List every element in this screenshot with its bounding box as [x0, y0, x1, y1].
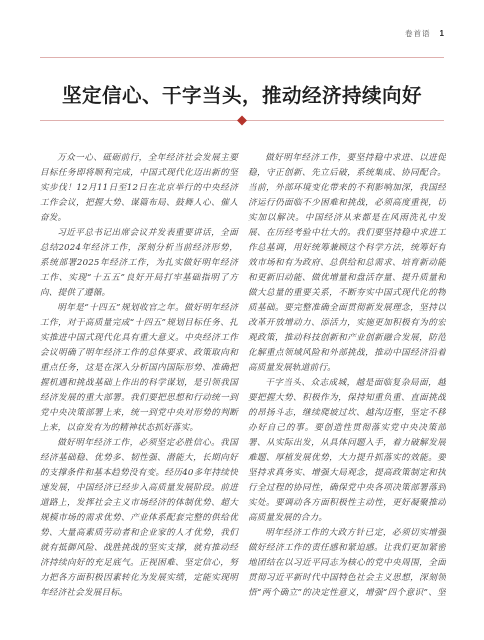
paragraph: 干字当头、众志成城，越是面临复杂局面，越要把握大势、积极作为，保持知重负重、直面… — [248, 376, 446, 526]
running-header: 卷首语 1 — [405, 28, 444, 39]
paragraph: 做好明年经济工作，必须坚定必胜信心。我国经济基础稳、优势多、韧性强、潜能大，长期… — [40, 436, 238, 601]
article-title: 坚定信心、干字当头，推动经济持续向好 — [30, 80, 454, 108]
section-label: 卷首语 — [405, 28, 431, 39]
paragraph: 做好明年经济工作，要坚持稳中求进、以进促稳，守正创新、先立后破，系统集成、协同配… — [248, 151, 446, 376]
magazine-page: 卷首语 1 坚定信心、干字当头，推动经济持续向好 万众一心、砥砺前行，全年经济社… — [0, 0, 484, 640]
paragraph: 明年是“十四五”规划收官之年。做好明年经济工作，对于高质量完成“十四五”规划目标… — [40, 301, 238, 436]
paragraph: 万众一心、砥砺前行，全年经济社会发展主要目标任务即将顺利完成，中国式现代化迈出新… — [40, 151, 238, 226]
top-rule-divider — [40, 57, 444, 58]
paragraph: 习近平总书记出席会议并发表重要讲话，全面总结2024年经济工作，深刻分析当前经济… — [40, 226, 238, 301]
title-rule-divider — [40, 120, 444, 121]
diamond-ornament-icon — [237, 115, 247, 125]
page-number: 1 — [440, 29, 444, 38]
article-body: 万众一心、砥砺前行，全年经济社会发展主要目标任务即将顺利完成，中国式现代化迈出新… — [40, 151, 446, 603]
